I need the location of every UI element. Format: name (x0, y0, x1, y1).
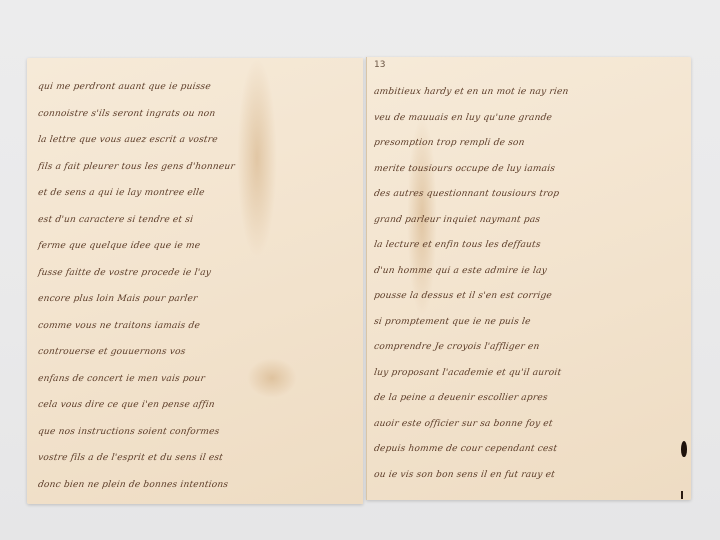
manuscript-line: de la peine a deuenir escollier apres (366, 393, 691, 403)
manuscript-line: veu de mauuais en luy qu'une grande (366, 113, 691, 123)
manuscript-line: depuis homme de cour cependant cest (366, 444, 691, 454)
manuscript-line: donc bien ne plein de bonnes intentions (26, 480, 363, 490)
manuscript-line: comprendre Je croyois l'affliger en (366, 342, 691, 352)
manuscript-line: fils a fait pleurer tous les gens d'honn… (26, 162, 363, 172)
left-manuscript-page: qui me perdront auant que ie puisse conn… (27, 58, 363, 504)
ink-blot (681, 441, 687, 457)
manuscript-line: ferme que quelque idee que ie me (26, 241, 363, 251)
manuscript-line: d'un homme qui a este admire ie lay (366, 266, 691, 276)
manuscript-line: la lecture et enfin tous les deffauts (366, 240, 691, 250)
manuscript-line: connoistre s'ils seront ingrats ou non (26, 109, 363, 119)
manuscript-line: ou ie vis son bon sens il en fut rauy et (366, 470, 691, 480)
manuscript-line: enfans de concert ie men vais pour (26, 374, 363, 384)
manuscript-line: des autres questionnant tousiours trop (366, 189, 691, 199)
manuscript-line: cela vous dire ce que i'en pense affin (26, 400, 363, 410)
manuscript-line: luy proposant l'academie et qu'il auroit (366, 368, 691, 378)
manuscript-line: et de sens a qui ie lay montree elle (26, 188, 363, 198)
manuscript-line: encore plus loin Mais pour parler (26, 294, 363, 304)
manuscript-line: est d'un caractere si tendre et si (26, 215, 363, 225)
manuscript-line: la lettre que vous auez escrit a vostre (26, 135, 363, 145)
manuscript-line: pousse la dessus et il s'en est corrige (366, 291, 691, 301)
manuscript-line: controuerse et gouuernons vos (26, 347, 363, 357)
manuscript-line: comme vous ne traitons iamais de (26, 321, 363, 331)
manuscript-line: fusse faitte de vostre procede ie l'ay (26, 268, 363, 278)
manuscript-line: vostre fils a de l'esprit et du sens il … (26, 453, 363, 463)
manuscript-line: auoir este officier sur sa bonne foy et (366, 419, 691, 429)
manuscript-line: si promptement que ie ne puis le (366, 317, 691, 327)
page-number: 13 (374, 60, 385, 70)
manuscript-line: merite tousiours occupe de luy iamais (366, 164, 691, 174)
ink-mark (681, 491, 683, 499)
manuscript-line: presomption trop rempli de son (366, 138, 691, 148)
manuscript-line: ambitieux hardy et en un mot ie nay rien (366, 87, 691, 97)
manuscript-line: grand parleur inquiet naymant pas (366, 215, 691, 225)
right-manuscript-page: 13 ambitieux hardy et en un mot ie nay r… (366, 57, 691, 500)
manuscript-line: qui me perdront auant que ie puisse (26, 82, 363, 92)
manuscript-line: que nos instructions soient conformes (26, 427, 363, 437)
